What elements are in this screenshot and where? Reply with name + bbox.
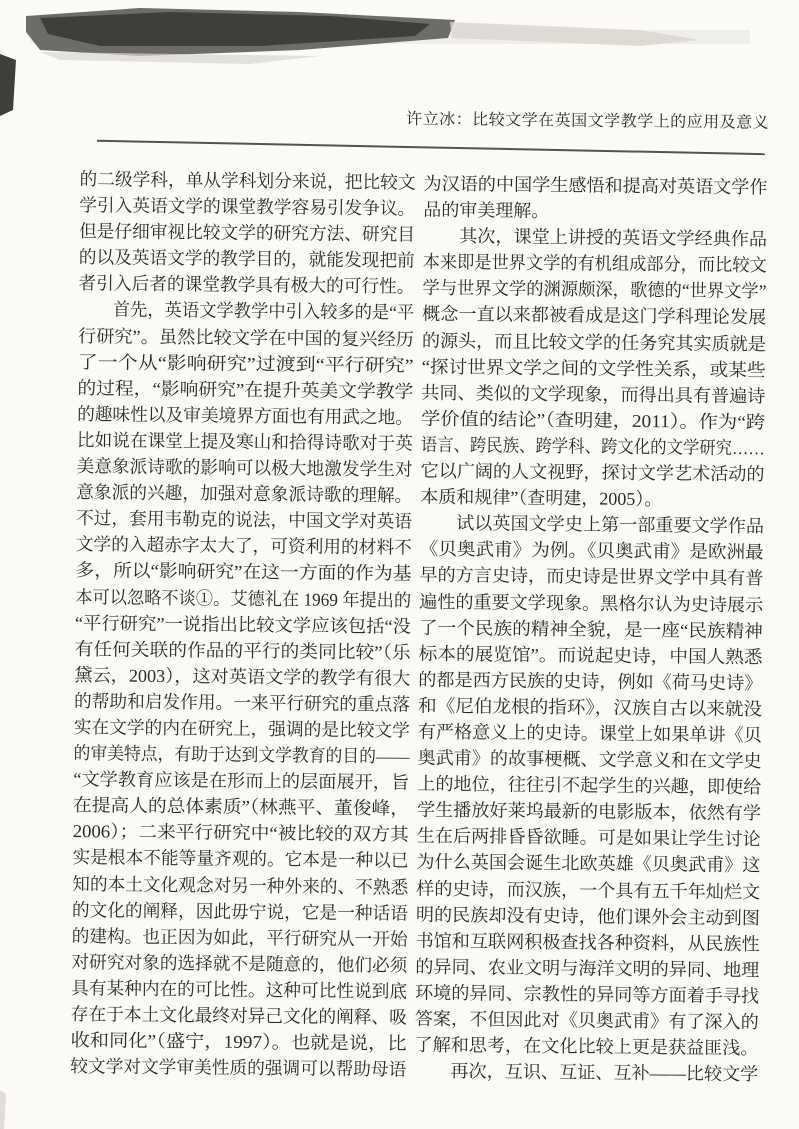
- text-line: 对研究对象的选择就不是随意的，他们必须: [71, 951, 407, 976]
- text-line: 者引入后者的课堂教学具有极大的可行性。: [78, 272, 414, 297]
- text-line: 生在后两排昏昏欲睡。可是如果让学生讨论: [417, 826, 761, 850]
- text-line: 再次，互识、互证、互补——比较文学: [414, 1061, 758, 1085]
- text-line: 多，所以“影响研究”在这一方面的作为基: [75, 560, 411, 584]
- text-line: 意象派的兴趣，加强对意象派诗歌的理解。: [76, 482, 412, 506]
- text-line: 语言、跨民族、跨学科、跨文化的文学研究……: [421, 435, 765, 459]
- text-line: 比如说在课堂上提及寒山和拾得诗歌对于英: [77, 430, 413, 454]
- text-line: 本可以忽略不谈①。艾德礼在 1969 年提出的: [75, 586, 411, 611]
- text-line: 文学的入超赤字太大了，可资利用的材料不: [76, 533, 412, 558]
- text-line: 首先，英语文学教学中引入较多的是“平: [78, 300, 414, 324]
- text-line: 学与世界文学的渊源颇深，歌德的“世界文学”: [422, 277, 766, 302]
- text-line: 的建构。也正因为如此，平行研究从一开始: [72, 926, 408, 950]
- text-line: 《贝奥武甫》为例。《贝奥武甫》是欧洲最: [420, 539, 764, 563]
- text-line: 行研究”。虽然比较文学在中国的复兴经历: [78, 326, 414, 350]
- text-line: 品的审美理解。: [423, 200, 549, 221]
- text-line: 黛云，2003），这对英语文学的教学有很大: [74, 665, 410, 689]
- text-line: 为汉语的中国学生感悟和提高对英语文学作: [423, 174, 767, 198]
- scanned-page: 许立冰：比较文学在英国文学教学上的应用及意义 的二级学科，单从学科划分来说，把比…: [0, 0, 799, 1129]
- text-line: “探讨世界文学之间的文学性关系，或某些: [422, 355, 766, 380]
- text-line: 的审美特点，有助于达到文学教育的目的——: [73, 743, 409, 767]
- text-line: 的趣味性以及审美境界方面也有用武之地。: [77, 404, 413, 428]
- text-line: 书馆和互联网积极查找各种资料，从民族性: [416, 929, 760, 954]
- text-line: 上的地位，往往引不起学生的兴趣，即使给: [417, 774, 761, 798]
- text-line: 收和同化”（盛宁，1997）。也就是说，比: [70, 1030, 406, 1054]
- text-line: 早的方言史诗，而史诗是世界文学中具有普: [419, 565, 763, 589]
- text-line: 实在文学的内在研究上，强调的是比较文学: [74, 717, 410, 741]
- text-line: 奥武甫》的故事梗概、文学意义和在文学史: [417, 747, 761, 772]
- text-line: 学生播放好莱坞最新的电影版本，依然有学: [417, 800, 761, 824]
- text-line: 的帮助和启发作用。一来平行研究的重点落: [74, 691, 410, 715]
- text-line: 环境的异同、宗教性的异同等方面着手寻找: [415, 983, 759, 1007]
- text-line: 答案，不但因此对《贝奥武甫》有了深入的: [415, 1009, 759, 1033]
- text-line: 了一个从“影响研究”过渡到“平行研究”: [78, 352, 414, 376]
- text-line: 的都是西方民族的史诗，例如《荷马史诗》: [418, 669, 762, 693]
- text-line: 在提高人的总体素质”（林燕平、董俊峰，: [73, 795, 409, 819]
- text-line: 本质和规律”（查明建，2005）。: [420, 487, 662, 510]
- text-line: 标本的展览馆”。而说起史诗，中国人熟悉: [419, 643, 763, 667]
- text-line: 2006）；二来平行研究中“被比较的双方其: [73, 821, 409, 845]
- text-line: 样的史诗，而汉族，一个具有五千年灿烂文: [416, 877, 760, 902]
- text-line: 美意象派诗歌的影响可以极大地激发学生对: [76, 455, 412, 480]
- text-line: 的以及英语文学的教学目的，就能发现把前: [79, 247, 415, 271]
- text-line: 的文化的阐释，因此毋宁说，它是一种话语: [72, 900, 408, 924]
- text-line: 概念一直以来都被看成是这门学科理论发展: [422, 303, 766, 328]
- text-line: 学价值的结论”（查明建，2011）。作为“跨: [421, 409, 765, 433]
- text-line: 为什么英国会诞生北欧英雄《贝奥武甫》这: [416, 852, 760, 876]
- text-line: 其次，课堂上讲授的英语文学经典作品: [423, 226, 767, 250]
- text-line: 共同、类似的文学现象，而得出具有普遍诗: [421, 382, 765, 406]
- text-line: 它以广阔的人文视野，探讨文学艺术活动的: [420, 460, 764, 485]
- text-line: 明的民族却没有史诗，他们课外会主动到图: [416, 904, 760, 928]
- text-line: 试以英国文学史上第一部重要文学作品: [420, 513, 764, 537]
- text-line: 实是根本不能等量齐观的。它本是一种以已: [72, 846, 408, 871]
- text-line: 不过，套用韦勒克的说法，中国文学对英语: [76, 508, 412, 532]
- text-line: 有任何关联的作品的平行的类同比较”（乐: [75, 639, 411, 663]
- text-line: 和《尼伯龙根的指环》，汉族自古以来就没: [418, 695, 762, 720]
- text-line: 知的本土文化观念对另一种外来的、不熟悉: [72, 874, 408, 898]
- text-line: 本来即是世界文学的有机组成部分，而比较文: [423, 252, 767, 276]
- text-line: “文学教育应该是在形而上的层面展开，旨: [73, 769, 409, 793]
- text-line: 了一个民族的精神全貌，是一座“民族精神: [419, 617, 763, 641]
- text-line: 学引入英语文学的课堂教学容易引发争议。: [79, 195, 415, 219]
- text-line: 了解和思考，在文化比较上更是获益匪浅。: [414, 1035, 758, 1059]
- text-line: 有严格意义上的史诗。课堂上如果单讲《贝: [418, 722, 762, 746]
- text-line: 较文学对文学审美性质的强调可以帮助母语: [70, 1056, 406, 1080]
- running-header-title: 许立冰：比较文学在英国文学教学上的应用及意义: [406, 106, 769, 133]
- text-line: 的过程，“影响研究”在提升英美文学教学: [77, 378, 413, 402]
- text-line: 存在于本土文化最终对异己文化的阐释、吸: [71, 1004, 407, 1028]
- text-column-left: 的二级学科，单从学科划分来说，把比较文学引入英语文学的课堂教学容易引发争议。但是…: [70, 166, 416, 1083]
- text-column-right: 为汉语的中国学生感悟和提高对英语文学作品的审美理解。 其次，课堂上讲授的英语文学…: [414, 170, 768, 1087]
- text-line: 但是仔细审视比较文学的研究方法、研究目: [79, 221, 415, 245]
- text-line: 遍性的重要文学现象。黑格尔认为史诗展示: [419, 591, 763, 615]
- text-line: 的异同、农业文明与海洋文明的异同、地理: [415, 956, 759, 980]
- text-line: 的二级学科，单从学科划分来说，把比较文: [79, 169, 415, 193]
- page-content: 许立冰：比较文学在英国文学教学上的应用及意义 的二级学科，单从学科划分来说，把比…: [0, 0, 799, 1129]
- header-rule: [97, 140, 765, 155]
- text-line: “平行研究”一说指出比较文学应该包括“没: [75, 613, 411, 637]
- text-line: 具有某种内在的可比性。这种可比性说到底: [71, 978, 407, 1002]
- text-line: 的源头，而且比较文学的任务究其实质就是: [422, 330, 766, 354]
